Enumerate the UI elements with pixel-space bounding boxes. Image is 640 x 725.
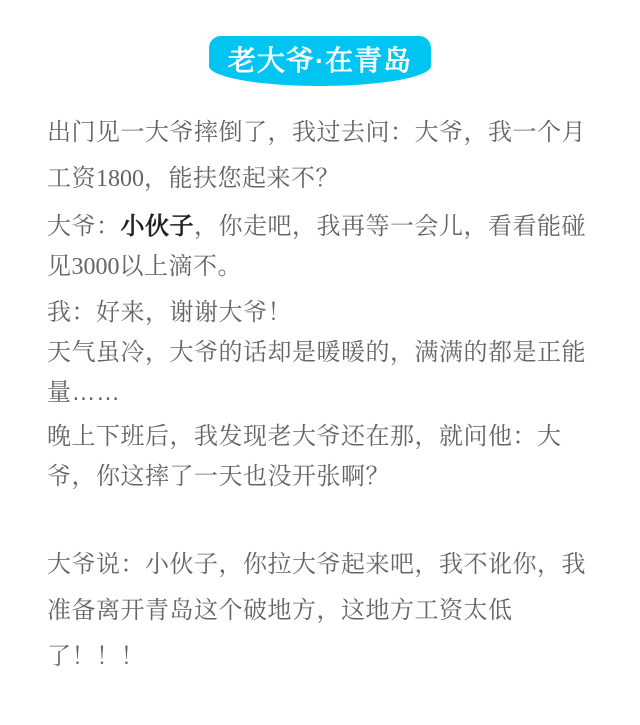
story-text-segment: 以上滴不。	[120, 253, 243, 280]
story-text-segment: 大爷说：小伙子，你拉大爷起来吧，我不讹你，我 准备离开青岛这个破地方，这地方工资…	[47, 551, 586, 670]
paragraph-weather: 天气虽冷，大爷的话却是暖暖的，满满的都是正能 量……	[47, 333, 600, 413]
story-text-segment: ，能扶您起来不？	[144, 165, 340, 192]
paragraph-grandpa-reply: 大爷：小伙子，你走吧，我再等一会儿，看看能碰 见3000以上滴不。	[47, 207, 600, 287]
paragraph-punchline: 大爷说：小伙子，你拉大爷起来吧，我不讹你，我 准备离开青岛这个破地方，这地方工资…	[47, 542, 600, 680]
salary-number-3000: 3000	[72, 254, 120, 280]
salary-number-1800: 1800	[96, 166, 144, 192]
bold-callout-xiaohuozi: 小伙子	[121, 213, 195, 240]
paragraph-my-reply: 我：好来，谢谢大爷！	[47, 293, 600, 333]
story-text: 出门见一大爷摔倒了，我过去问：大爷，我一个月 工资1800，能扶您起来不？ 大爷…	[0, 86, 640, 680]
story-text-segment: 大爷：	[47, 213, 121, 240]
story-text-segment: 天气虽冷，大爷的话却是暖暖的，满满的都是正能 量……	[47, 339, 586, 406]
story-text-segment: 我：好来，谢谢大爷！	[47, 299, 292, 326]
title-badge: 老大爷·在青岛	[209, 36, 431, 86]
joke-card: 老大爷·在青岛 出门见一大爷摔倒了，我过去问：大爷，我一个月 工资1800，能扶…	[0, 0, 640, 725]
paragraph-evening: 晚上下班后，我发现老大爷还在那，就问他：大 爷，你这摔了一天也没开张啊？	[47, 417, 600, 497]
story-text-segment: 晚上下班后，我发现老大爷还在那，就问他：大 爷，你这摔了一天也没开张啊？	[47, 423, 562, 490]
title-badge-label: 老大爷·在青岛	[228, 45, 412, 76]
paragraph-intro: 出门见一大爷摔倒了，我过去问：大爷，我一个月 工资1800，能扶您起来不？	[47, 110, 600, 202]
badge-container: 老大爷·在青岛	[0, 0, 640, 86]
